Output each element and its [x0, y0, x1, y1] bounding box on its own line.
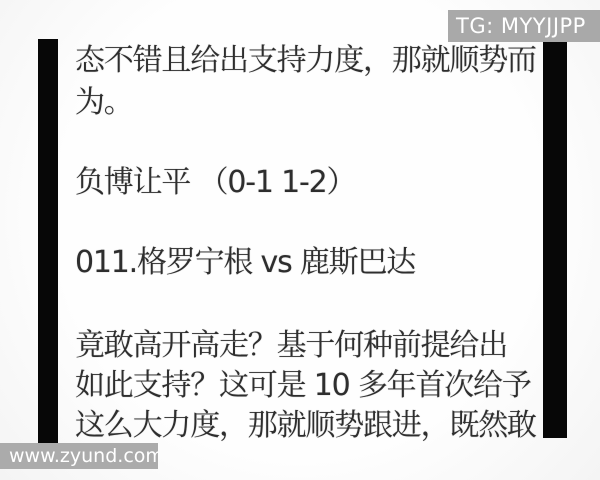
telegram-watermark-badge: TG: MYYJJPP	[448, 10, 600, 42]
article-text-line: 如此支持？这可是 10 多年首次给予	[75, 369, 531, 403]
article-screenshot-page: TG: MYYJJPP 态不错且给出支持力度，那就顺势而 为。 负博让平 （0-…	[0, 0, 600, 480]
article-text-line-match-title: 011.格罗宁根 vs 鹿斯巴达	[75, 246, 415, 280]
site-watermark-badge: www.zyund.com	[0, 443, 158, 469]
article-text-line: 这么大力度，那就顺势跟进，既然敢	[75, 409, 536, 443]
article-text-line: 竟敢高开高走？基于何种前提给出	[75, 329, 507, 363]
article-text-line: 为。	[75, 86, 133, 120]
letterbox-bar-right	[543, 42, 567, 438]
article-text-line: 态不错且给出支持力度，那就顺势而	[75, 44, 536, 78]
article-text-line-bet-recommendation: 负博让平 （0-1 1-2）	[75, 166, 355, 200]
letterbox-bar-left	[38, 39, 58, 443]
